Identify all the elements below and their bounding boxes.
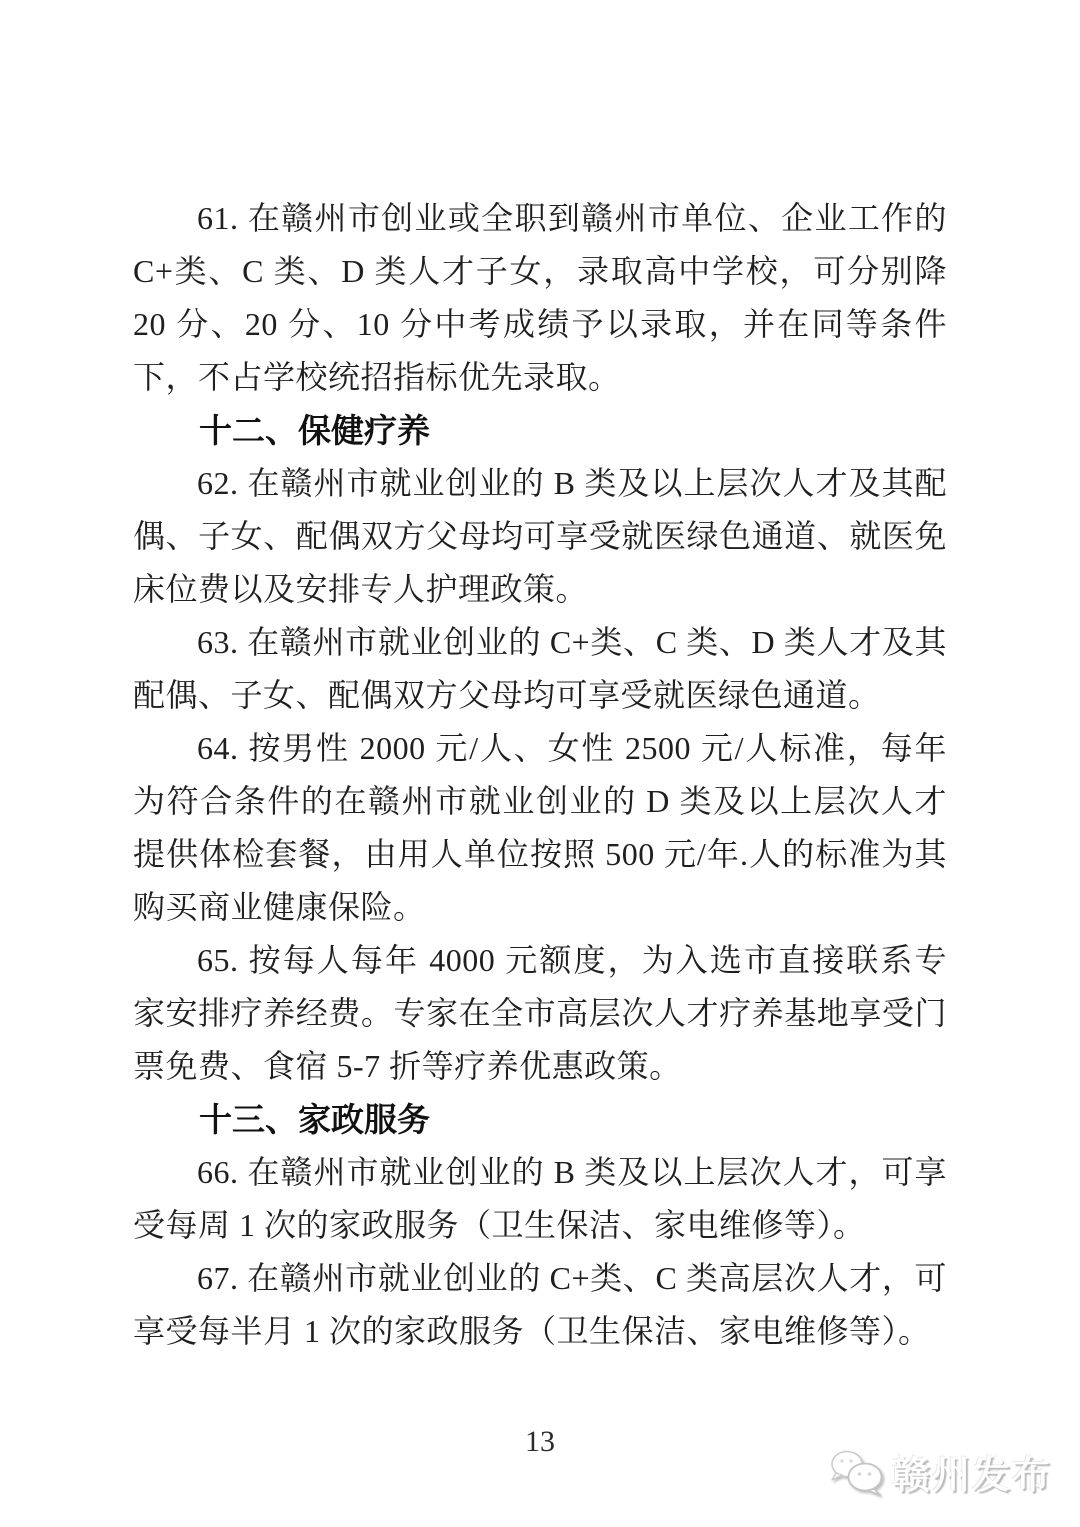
section-heading: 十二、保健疗养: [133, 404, 947, 457]
document-page: 61. 在赣州市创业或全职到赣州市单位、企业工作的 C+类、C 类、D 类人才子…: [0, 0, 1080, 1527]
wechat-bubbles-icon: [828, 1448, 886, 1496]
body-paragraph: 62. 在赣州市就业创业的 B 类及以上层次人才及其配偶、子女、配偶双方父母均可…: [133, 457, 947, 616]
body-paragraph: 61. 在赣州市创业或全职到赣州市单位、企业工作的 C+类、C 类、D 类人才子…: [133, 192, 947, 404]
body-paragraph: 63. 在赣州市就业创业的 C+类、C 类、D 类人才及其配偶、子女、配偶双方父…: [133, 616, 947, 722]
section-heading: 十三、家政服务: [133, 1093, 947, 1146]
body-paragraph: 64. 按男性 2000 元/人、女性 2500 元/人标准，每年为符合条件的在…: [133, 722, 947, 934]
document-blocks: 61. 在赣州市创业或全职到赣州市单位、企业工作的 C+类、C 类、D 类人才子…: [133, 192, 947, 1358]
body-paragraph: 67. 在赣州市就业创业的 C+类、C 类高层次人才，可享受每半月 1 次的家政…: [133, 1252, 947, 1358]
body-paragraph: 65. 按每人每年 4000 元额度，为入选市直接联系专家安排疗养经费。专家在全…: [133, 934, 947, 1093]
body-paragraph: 66. 在赣州市就业创业的 B 类及以上层次人才，可享受每周 1 次的家政服务（…: [133, 1146, 947, 1252]
publisher-watermark: 赣州发布: [828, 1444, 1052, 1499]
publisher-watermark-label: 赣州发布: [892, 1444, 1052, 1499]
